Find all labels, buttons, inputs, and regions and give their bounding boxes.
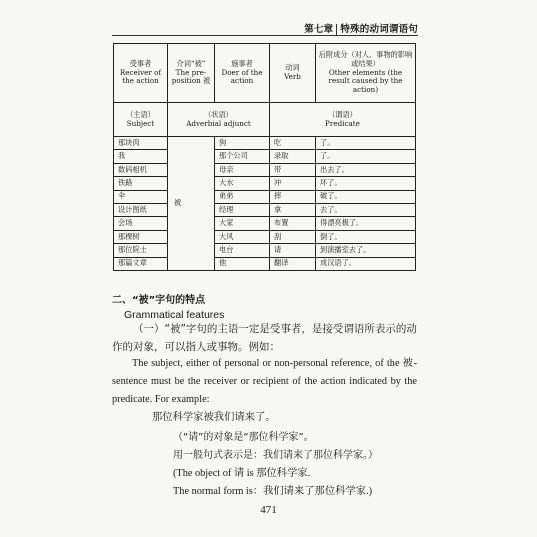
cell-doer: 经理 bbox=[215, 203, 270, 216]
cell-doer: 他 bbox=[215, 257, 270, 270]
table-row: 数码相机 母亲 带 出去了。 bbox=[114, 163, 416, 176]
cell-verb: 刮 bbox=[270, 230, 316, 243]
note-line: （“请”的对象是“那位科学家”。 bbox=[173, 428, 314, 443]
cell-receiver: 那位院士 bbox=[114, 244, 168, 257]
table-row: 我 那个公司 录取 了。 bbox=[114, 150, 416, 163]
page-number: 471 bbox=[0, 504, 537, 516]
chapter-title: 特殊的动词谓语句 bbox=[340, 24, 418, 35]
cell-bei: 被 bbox=[168, 137, 215, 271]
role-en: Predicate bbox=[272, 120, 413, 129]
cell-verb: 吃 bbox=[270, 137, 316, 150]
en-paragraph: The subject, either of personal or non-p… bbox=[112, 355, 417, 409]
cell-verb: 布置 bbox=[270, 217, 316, 230]
cell-receiver: 数码相机 bbox=[114, 163, 168, 176]
cell-other: 坏了。 bbox=[316, 177, 416, 190]
cell-doer: 大风 bbox=[215, 230, 270, 243]
table-role-row: （主语）Subject （状语）Adverbial adjunct （谓语）Pr… bbox=[114, 103, 416, 137]
table-row: 那棵树 大风 刮 倒了。 bbox=[114, 230, 416, 243]
header-en: The pre-position 被 bbox=[170, 69, 212, 86]
cell-verb: 录取 bbox=[270, 150, 316, 163]
table-row: 铁路 大水 冲 坏了。 bbox=[114, 177, 416, 190]
cell-receiver: 伞 bbox=[114, 190, 168, 203]
cell-verb: 冲 bbox=[270, 177, 316, 190]
table-row: 伞 弟弟 摔 破了。 bbox=[114, 190, 416, 203]
cell-other: 得漂亮极了。 bbox=[316, 217, 416, 230]
header-en: Verb bbox=[272, 73, 313, 82]
cell-doer: 电台 bbox=[215, 244, 270, 257]
cell-other: 成汉语了。 bbox=[316, 257, 416, 270]
role-subject: （主语）Subject bbox=[114, 103, 168, 137]
note-line: 用一般句式表示是：我们请来了那位科学家。） bbox=[173, 446, 378, 461]
cell-receiver: 我 bbox=[114, 150, 168, 163]
cell-receiver: 那篇文章 bbox=[114, 257, 168, 270]
cell-doer: 狗 bbox=[215, 137, 270, 150]
cell-other: 倒了。 bbox=[316, 230, 416, 243]
cell-other: 到演播室去了。 bbox=[316, 244, 416, 257]
header-receiver: 受事者Receiver of the action bbox=[114, 44, 168, 103]
cell-verb: 带 bbox=[270, 163, 316, 176]
cell-other: 去了。 bbox=[316, 203, 416, 216]
chapter-label: 第七章 bbox=[304, 24, 337, 35]
header-verb: 动词Verb bbox=[270, 44, 316, 103]
cell-other: 破了。 bbox=[316, 190, 416, 203]
book-page: 第七章特殊的动词谓语句 受事者Receiver of the action 介词… bbox=[0, 0, 537, 537]
table-row: 会场 大家 布置 得漂亮极了。 bbox=[114, 217, 416, 230]
table-row: 那位院士 电台 请 到演播室去了。 bbox=[114, 244, 416, 257]
note-line: (The object of 请 is 那位科学家. bbox=[173, 464, 310, 479]
header-preposition: 介词“被”The pre-position 被 bbox=[168, 44, 215, 103]
cell-receiver: 会场 bbox=[114, 217, 168, 230]
table-row: 设计图纸 经理 拿 去了。 bbox=[114, 203, 416, 216]
cell-other: 了。 bbox=[316, 150, 416, 163]
cell-doer: 母亲 bbox=[215, 163, 270, 176]
header-zh: 后附成分（对人、事物的影响或结果） bbox=[318, 51, 413, 68]
bei-sentence-table: 受事者Receiver of the action 介词“被”The pre-p… bbox=[113, 43, 416, 271]
header-en: Doer of the action bbox=[217, 69, 267, 86]
table-header-row: 受事者Receiver of the action 介词“被”The pre-p… bbox=[114, 44, 416, 103]
zh-paragraph: （一）“被”字句的主语一定是受事者，是接受谓语所表示的动作的对象，可以指人或事物… bbox=[112, 320, 417, 356]
header-en: Other elements (the result caused by the… bbox=[318, 69, 413, 95]
role-adverbial: （状语）Adverbial adjunct bbox=[168, 103, 270, 137]
role-en: Subject bbox=[116, 120, 165, 129]
role-predicate: （谓语）Predicate bbox=[270, 103, 416, 137]
header-doer: 施事者Doer of the action bbox=[215, 44, 270, 103]
cell-receiver: 设计图纸 bbox=[114, 203, 168, 216]
header-en: Receiver of the action bbox=[116, 69, 165, 86]
note-line: The normal form is：我们请来了那位科学家.) bbox=[173, 482, 372, 497]
role-en: Adverbial adjunct bbox=[170, 120, 267, 129]
cell-other: 出去了。 bbox=[316, 163, 416, 176]
running-head: 第七章特殊的动词谓语句 bbox=[112, 20, 418, 36]
cell-receiver: 那棵树 bbox=[114, 230, 168, 243]
cell-verb: 请 bbox=[270, 244, 316, 257]
cell-receiver: 那块肉 bbox=[114, 137, 168, 150]
section-title: 二、“被”字句的特点 bbox=[112, 291, 205, 306]
cell-verb: 翻译 bbox=[270, 257, 316, 270]
table-row: 那篇文章 他 翻译 成汉语了。 bbox=[114, 257, 416, 270]
cell-doer: 那个公司 bbox=[215, 150, 270, 163]
header-other: 后附成分（对人、事物的影响或结果）Other elements (the res… bbox=[316, 44, 416, 103]
example-sentence: 那位科学家被我们请来了。 bbox=[152, 408, 276, 423]
running-head-text: 第七章特殊的动词谓语句 bbox=[304, 21, 418, 35]
table-row: 那块肉 被 狗 吃 了。 bbox=[114, 137, 416, 150]
cell-receiver: 铁路 bbox=[114, 177, 168, 190]
cell-verb: 摔 bbox=[270, 190, 316, 203]
cell-doer: 大水 bbox=[215, 177, 270, 190]
cell-doer: 弟弟 bbox=[215, 190, 270, 203]
cell-doer: 大家 bbox=[215, 217, 270, 230]
cell-other: 了。 bbox=[316, 137, 416, 150]
cell-verb: 拿 bbox=[270, 203, 316, 216]
